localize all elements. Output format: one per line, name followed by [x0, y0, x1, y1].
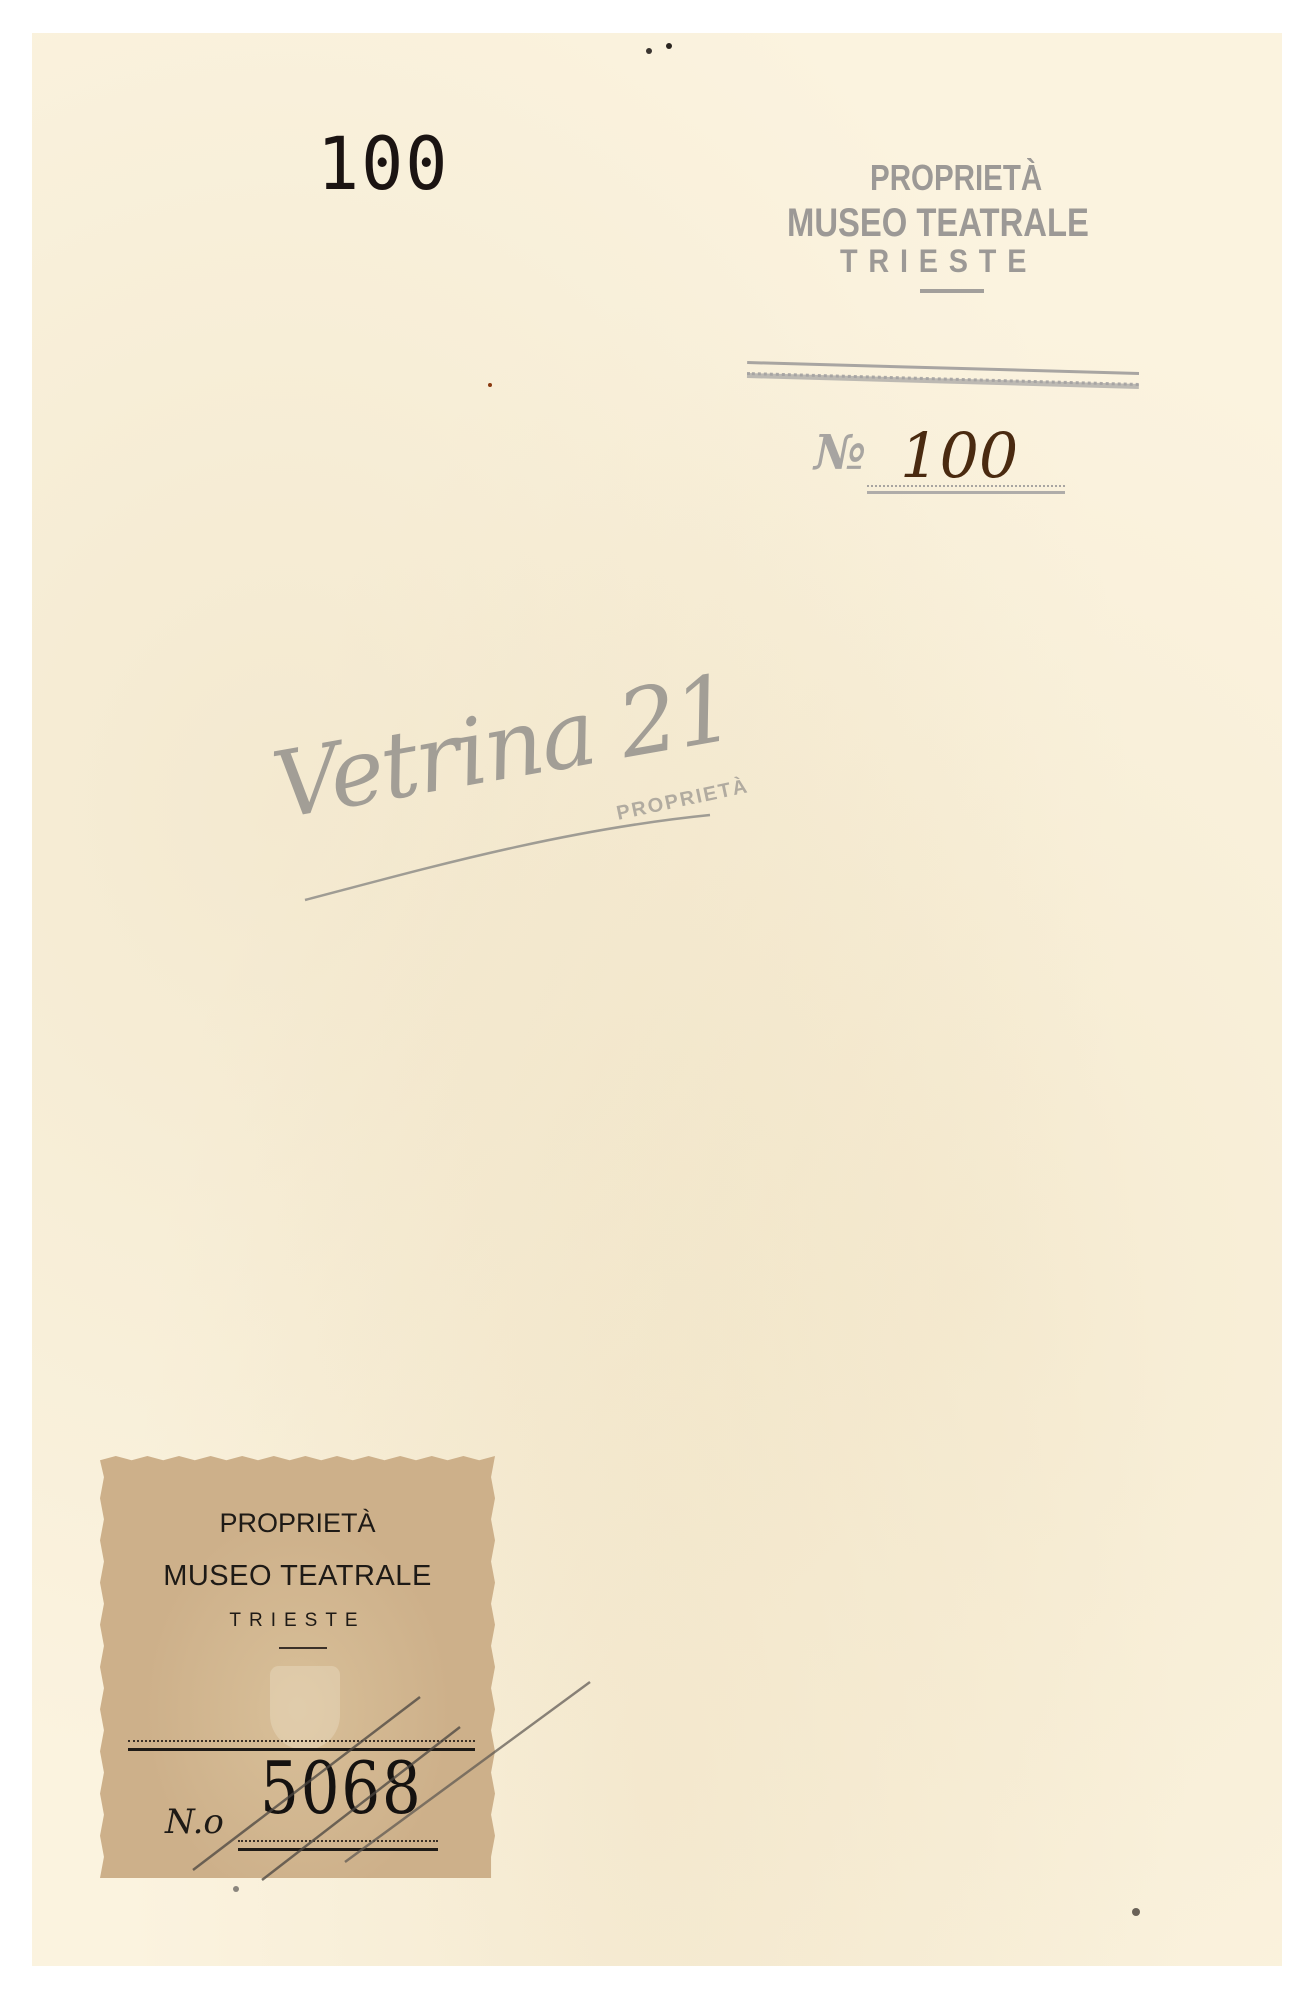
label-number-underline	[238, 1848, 438, 1851]
stamp-line-trieste: TRIESTE	[840, 243, 1037, 280]
stamp-number-sign: №	[814, 425, 866, 481]
label-line-proprieta: PROPRIETÀ	[100, 1508, 495, 1539]
label-line-trieste: TRIESTE	[100, 1610, 495, 1632]
label-number-value: 5068	[260, 1752, 423, 1824]
museum-inventory-label: PROPRIETÀ MUSEO TEATRALE TRIESTE N.o 506…	[100, 1456, 495, 1878]
label-dotted-rule	[128, 1740, 475, 1742]
label-line-museo: MUSEO TEATRALE	[100, 1560, 495, 1593]
watermark-emblem-icon	[270, 1666, 340, 1750]
ghost-offset-stamp: PROPRIETÀ	[615, 775, 752, 826]
stamp-number-value: 100	[900, 425, 1018, 487]
stamp-line-proprieta: PROPRIETÀ	[870, 157, 1042, 199]
stamp-dash-divider	[920, 289, 984, 293]
label-dash-divider	[279, 1647, 327, 1649]
stamp-number-underline	[867, 485, 1065, 494]
stamp-line-museo: MUSEO TEATRALE	[787, 201, 1089, 246]
label-number-dotted-underline	[238, 1840, 438, 1842]
label-number-prefix: N.o	[165, 1802, 224, 1842]
handwritten-number: 100	[317, 127, 449, 201]
